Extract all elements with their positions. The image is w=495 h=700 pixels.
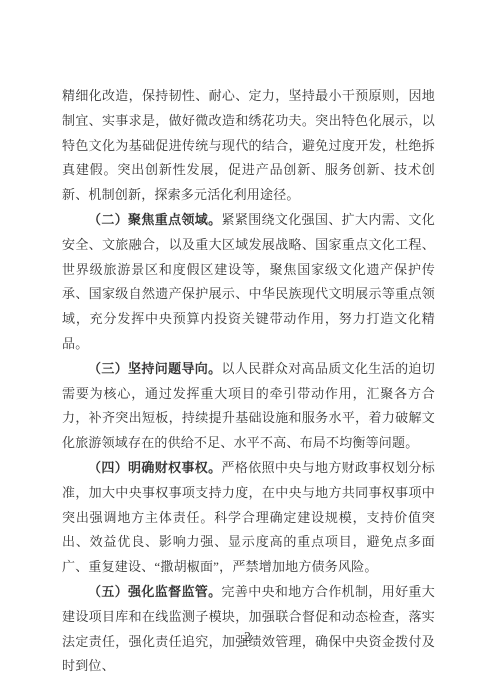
paragraph-text: 精细化改造，保持韧性、耐心、定力，坚持最小干预原则，因地制宜、实事求是，做好微改… [62, 88, 435, 202]
section-heading-5: （五）强化监督监管。 [88, 584, 222, 599]
section-heading-2: （二）聚焦重点领域。 [88, 212, 222, 227]
paragraph-text: 紧紧围绕文化强国、扩大内需、文化安全、文旅融合，以及重大区域发展战略、国家重点文… [62, 212, 435, 351]
paragraph-section-3: （三）坚持问题导向。以人民群众对高品质文化生活的迫切需要为核心，通过发挥重大项目… [62, 357, 435, 456]
page-number: 2 [0, 629, 495, 647]
document-body: 精细化改造，保持韧性、耐心、定力，坚持最小干预原则，因地制宜、实事求是，做好微改… [62, 84, 435, 679]
section-heading-4: （四）明确财权事权。 [88, 460, 222, 475]
document-page: 精细化改造，保持韧性、耐心、定力，坚持最小干预原则，因地制宜、实事求是，做好微改… [0, 0, 495, 700]
paragraph-text: 严格依照中央与地方财政事权划分标准，加大中央事权事项支持力度，在中央与地方共同事… [62, 460, 435, 574]
paragraph-section-4: （四）明确财权事权。严格依照中央与地方财政事权划分标准，加大中央事权事项支持力度… [62, 456, 435, 580]
paragraph-section-2: （二）聚焦重点领域。紧紧围绕文化强国、扩大内需、文化安全、文旅融合，以及重大区域… [62, 208, 435, 357]
section-heading-3: （三）坚持问题导向。 [88, 361, 222, 376]
paragraph-continuation: 精细化改造，保持韧性、耐心、定力，坚持最小干预原则，因地制宜、实事求是，做好微改… [62, 84, 435, 208]
